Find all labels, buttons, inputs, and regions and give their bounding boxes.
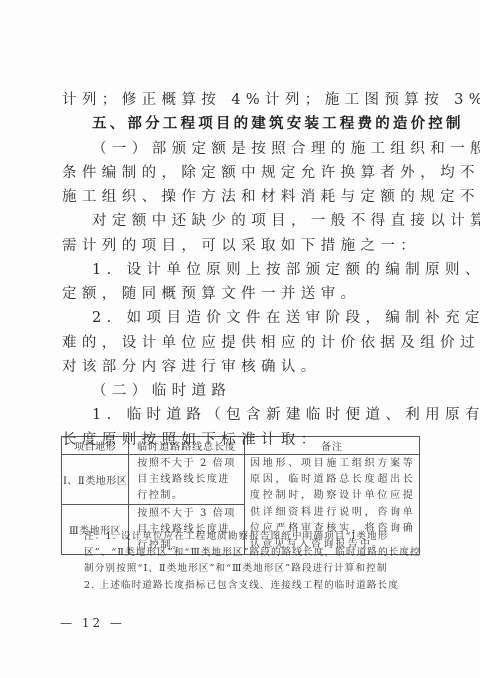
note-text: 2. 上述临时道路长度指标已包含支线、连接线工程的临时道路长度 — [62, 578, 422, 594]
document-page: 计列；修正概算按 4%计列；施工图预算按 3%计列。 五、部分工程项目的建筑安装… — [0, 0, 480, 678]
paragraph-line: 对定额中还缺少的项目，一般不得直接以计算项计列。确 — [92, 211, 424, 231]
paragraph-line: 定额，随同概预算文件一并送审。 — [62, 284, 424, 304]
paragraph-line: 施工组织、操作方法和材料消耗与定额的规定不同而调整定额。 — [62, 187, 424, 207]
table-note-2: 2. 上述临时道路长度指标已包含支线、连接线工程的临时道路长度 — [62, 578, 422, 594]
terrain-cell: Ⅰ、Ⅱ类地形区 — [62, 455, 129, 505]
table-row: Ⅰ、Ⅱ类地形区 按照不大于 2 倍项目主线路线长度进行控制。 因地形、项目施工组… — [62, 455, 420, 505]
paragraph-line: 1. 设计单位原则上按部颁定额的编制原则、方法编制补充 — [92, 260, 424, 280]
subsection-heading: （二）临时道路 — [92, 381, 424, 401]
length-cell: 按照不大于 2 倍项目主线路线长度进行控制。 — [129, 455, 245, 505]
paragraph-line: 对该部分内容进行审核确认。 — [62, 357, 424, 377]
paragraph-line: 需计列的项目，可以采取如下措施之一： — [62, 236, 424, 256]
paragraph-line: 条件编制的，除定额中规定允许换算者外，均不得因具体工程的 — [62, 163, 424, 183]
paragraph-line: 2. 如项目造价文件在送审阶段，编制补充定额确实存在困 — [92, 308, 424, 328]
paragraph-line: 难的，设计单位应提供相应的计价依据及组价过程，咨询单位应 — [62, 333, 424, 353]
paragraph-line: （一）部颁定额是按照合理的施工组织和一般正常的施工 — [92, 139, 424, 159]
section-heading: 五、部分工程项目的建筑安装工程费的造价控制 — [92, 114, 454, 134]
paragraph-line: 计列；修正概算按 4%计列；施工图预算按 3%计列。 — [62, 90, 424, 110]
paragraph-line: 长度原则按照如下标准计取： — [62, 430, 424, 450]
note-text: 注：1. 设计单位应在工程地质勘察报告图纸中明确项目“Ⅰ类地形区”、“Ⅱ类地形区… — [62, 529, 422, 577]
page-number: — 12 — — [60, 616, 125, 630]
table-note-1: 注：1. 设计单位应在工程地质勘察报告图纸中明确项目“Ⅰ类地形区”、“Ⅱ类地形区… — [62, 529, 422, 577]
paragraph-line: 1. 临时道路（包含新建临时便道、利用原有道路）路线总 — [92, 405, 424, 425]
